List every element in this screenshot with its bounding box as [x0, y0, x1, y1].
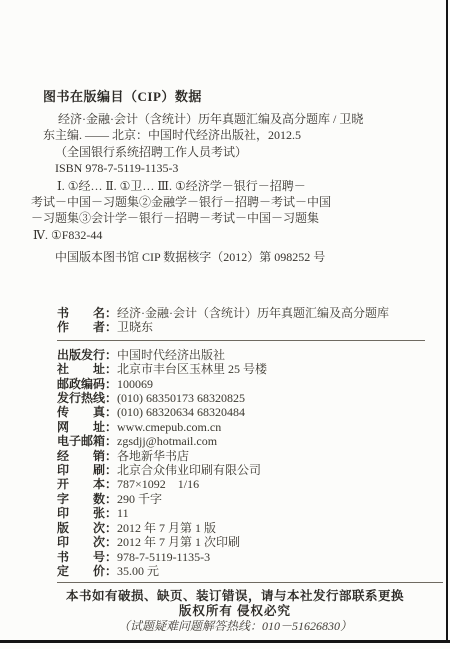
cip-isbn-line: ISBN 978-7-5119-1135-3	[43, 160, 411, 176]
copyright-notice: 版权所有 侵权必究	[30, 604, 440, 619]
scan-edge-right	[446, 0, 448, 643]
cip-record-line-2: 东主编. —— 北京：中国时代经济出版社，2012.5	[43, 127, 411, 143]
cip-class-line-1: Ⅰ. ①经… Ⅱ. ①卫… Ⅲ. ①经济学－银行－招聘－	[31, 178, 411, 194]
info-row-sales-hotline: 发行热线：(010) 68350173 68320825	[57, 391, 425, 405]
cip-classification-block: Ⅰ. ①经… Ⅱ. ①卫… Ⅲ. ①经济学－银行－招聘－ 考试－中国－习题集②金…	[31, 178, 411, 244]
info-colon: ：	[105, 391, 117, 405]
info-value: 2012 年 7 月第 1 版	[117, 521, 216, 535]
info-value: 北京市丰台区玉林里 25 号楼	[117, 362, 267, 376]
info-colon: ：	[105, 377, 117, 391]
info-label: 印次	[57, 535, 105, 549]
info-row-email: 电子邮箱：zgsdjj@hotmail.com	[57, 434, 425, 448]
info-value: 290 千字	[117, 492, 162, 506]
info-value: 100069	[117, 377, 153, 391]
info-label: 印刷	[57, 463, 105, 477]
info-colon: ：	[105, 348, 117, 362]
info-value: 中国时代经济出版社	[117, 348, 225, 362]
cip-record-line-1: 经济·金融·会计（含统计）历年真题汇编及高分题库 / 卫晓	[43, 111, 411, 127]
book-copyright-page: 图书在版编目（CIP）数据 经济·金融·会计（含统计）历年真题汇编及高分题库 /…	[0, 0, 450, 649]
info-row-book-title: 书名：经济·金融·会计（含统计）历年真题汇编及高分题库	[57, 306, 425, 320]
info-value: 11	[117, 506, 129, 520]
info-colon: ：	[105, 362, 117, 376]
info-row-format: 开本：787×1092 1/16	[57, 477, 425, 491]
info-label: 版次	[57, 521, 105, 535]
info-label: 作者	[57, 320, 105, 334]
info-row-distributor: 经销：各地新华书店	[57, 449, 425, 463]
info-row-author: 作者：卫晓东	[57, 320, 425, 334]
info-label: 开本	[57, 477, 105, 491]
cip-class-line-2: 考试－中国－习题集②金融学－银行－招聘－考试－中国	[31, 194, 411, 210]
info-value: 787×1092 1/16	[117, 477, 199, 491]
info-row-printer: 印刷：北京合众伟业印刷有限公司	[57, 463, 425, 477]
info-value: 卫晓东	[117, 320, 153, 334]
divider-bottom	[57, 582, 443, 583]
info-colon: ：	[105, 463, 117, 477]
info-colon: ：	[105, 420, 117, 434]
cip-heading: 图书在版编目（CIP）数据	[43, 86, 411, 105]
replacement-notice: 本书如有破损、缺页、装订错误，请与本社发行部联系更换	[30, 588, 440, 604]
info-label: 电子邮箱	[57, 434, 105, 448]
info-row-fax: 传真：(010) 68320634 68320484	[57, 405, 425, 419]
info-row-publisher: 出版发行：中国时代经济出版社	[57, 348, 425, 362]
info-label: 经销	[57, 449, 105, 463]
info-label: 定价	[57, 564, 105, 578]
info-row-postcode: 邮政编码：100069	[57, 377, 425, 391]
notice-section: 本书如有破损、缺页、装订错误，请与本社发行部联系更换 版权所有 侵权必究 （试题…	[30, 588, 440, 634]
info-colon: ：	[105, 535, 117, 549]
info-colon: ：	[105, 306, 117, 320]
info-value: 35.00 元	[117, 564, 159, 578]
info-value: 北京合众伟业印刷有限公司	[117, 463, 261, 477]
info-colon: ：	[105, 492, 117, 506]
info-value: 经济·金融·会计（含统计）历年真题汇编及高分题库	[117, 306, 389, 320]
info-row-address: 社址：北京市丰台区玉林里 25 号楼	[57, 362, 425, 376]
info-value: (010) 68320634 68320484	[117, 405, 245, 419]
info-label: 发行热线	[57, 391, 105, 405]
info-label: 邮政编码	[57, 377, 105, 391]
info-row-isbn: 书号：978-7-5119-1135-3	[57, 550, 425, 564]
info-row-printing: 印次：2012 年 7 月第 1 次印刷	[57, 535, 425, 549]
info-colon: ：	[105, 506, 117, 520]
info-colon: ：	[105, 320, 117, 334]
info-label: 字数	[57, 492, 105, 506]
info-row-sheets: 印张：11	[57, 506, 425, 520]
info-row-website: 网址：www.cmepub.com.cn	[57, 420, 425, 434]
info-label: 书名	[57, 306, 105, 320]
info-value: 各地新华书店	[117, 449, 189, 463]
info-row-edition: 版次：2012 年 7 月第 1 版	[57, 521, 425, 535]
cip-section: 图书在版编目（CIP）数据 经济·金融·会计（含统计）历年真题汇编及高分题库 /…	[43, 86, 411, 265]
qa-hotline: （试题疑难问题解答热线：010－51626830）	[30, 619, 440, 634]
info-value: 978-7-5119-1135-3	[117, 550, 210, 564]
info-colon: ：	[105, 477, 117, 491]
publication-info-section: 书名：经济·金融·会计（含统计）历年真题汇编及高分题库 作者：卫晓东 出版发行：…	[57, 306, 425, 583]
info-colon: ：	[105, 521, 117, 535]
info-value: 2012 年 7 月第 1 次印刷	[117, 535, 240, 549]
info-label: 网址	[57, 420, 105, 434]
cip-registry-line: 中国版本图书馆 CIP 数据核字（2012）第 098252 号	[43, 249, 411, 265]
info-colon: ：	[105, 564, 117, 578]
info-colon: ：	[105, 405, 117, 419]
info-colon: ：	[105, 434, 117, 448]
info-label: 社址	[57, 362, 105, 376]
info-value: zgsdjj@hotmail.com	[117, 434, 217, 448]
info-value: www.cmepub.com.cn	[117, 420, 221, 434]
info-label: 出版发行	[57, 348, 105, 362]
scan-edge-bottom	[0, 640, 450, 643]
info-label: 印张	[57, 506, 105, 520]
info-label: 书号	[57, 550, 105, 564]
info-row-word-count: 字数：290 千字	[57, 492, 425, 506]
divider-top	[57, 340, 425, 341]
info-label: 传真	[57, 405, 105, 419]
info-colon: ：	[105, 550, 117, 564]
cip-series-line: （全国银行系统招聘工作人员考试）	[43, 144, 411, 160]
info-value: (010) 68350173 68320825	[117, 391, 245, 405]
info-row-price: 定价：35.00 元	[57, 564, 425, 578]
cip-class-line-4: Ⅳ. ①F832-44	[31, 227, 411, 243]
cip-class-line-3: －习题集③会计学－银行－招聘－考试－中国－习题集	[31, 210, 411, 226]
info-colon: ：	[105, 449, 117, 463]
